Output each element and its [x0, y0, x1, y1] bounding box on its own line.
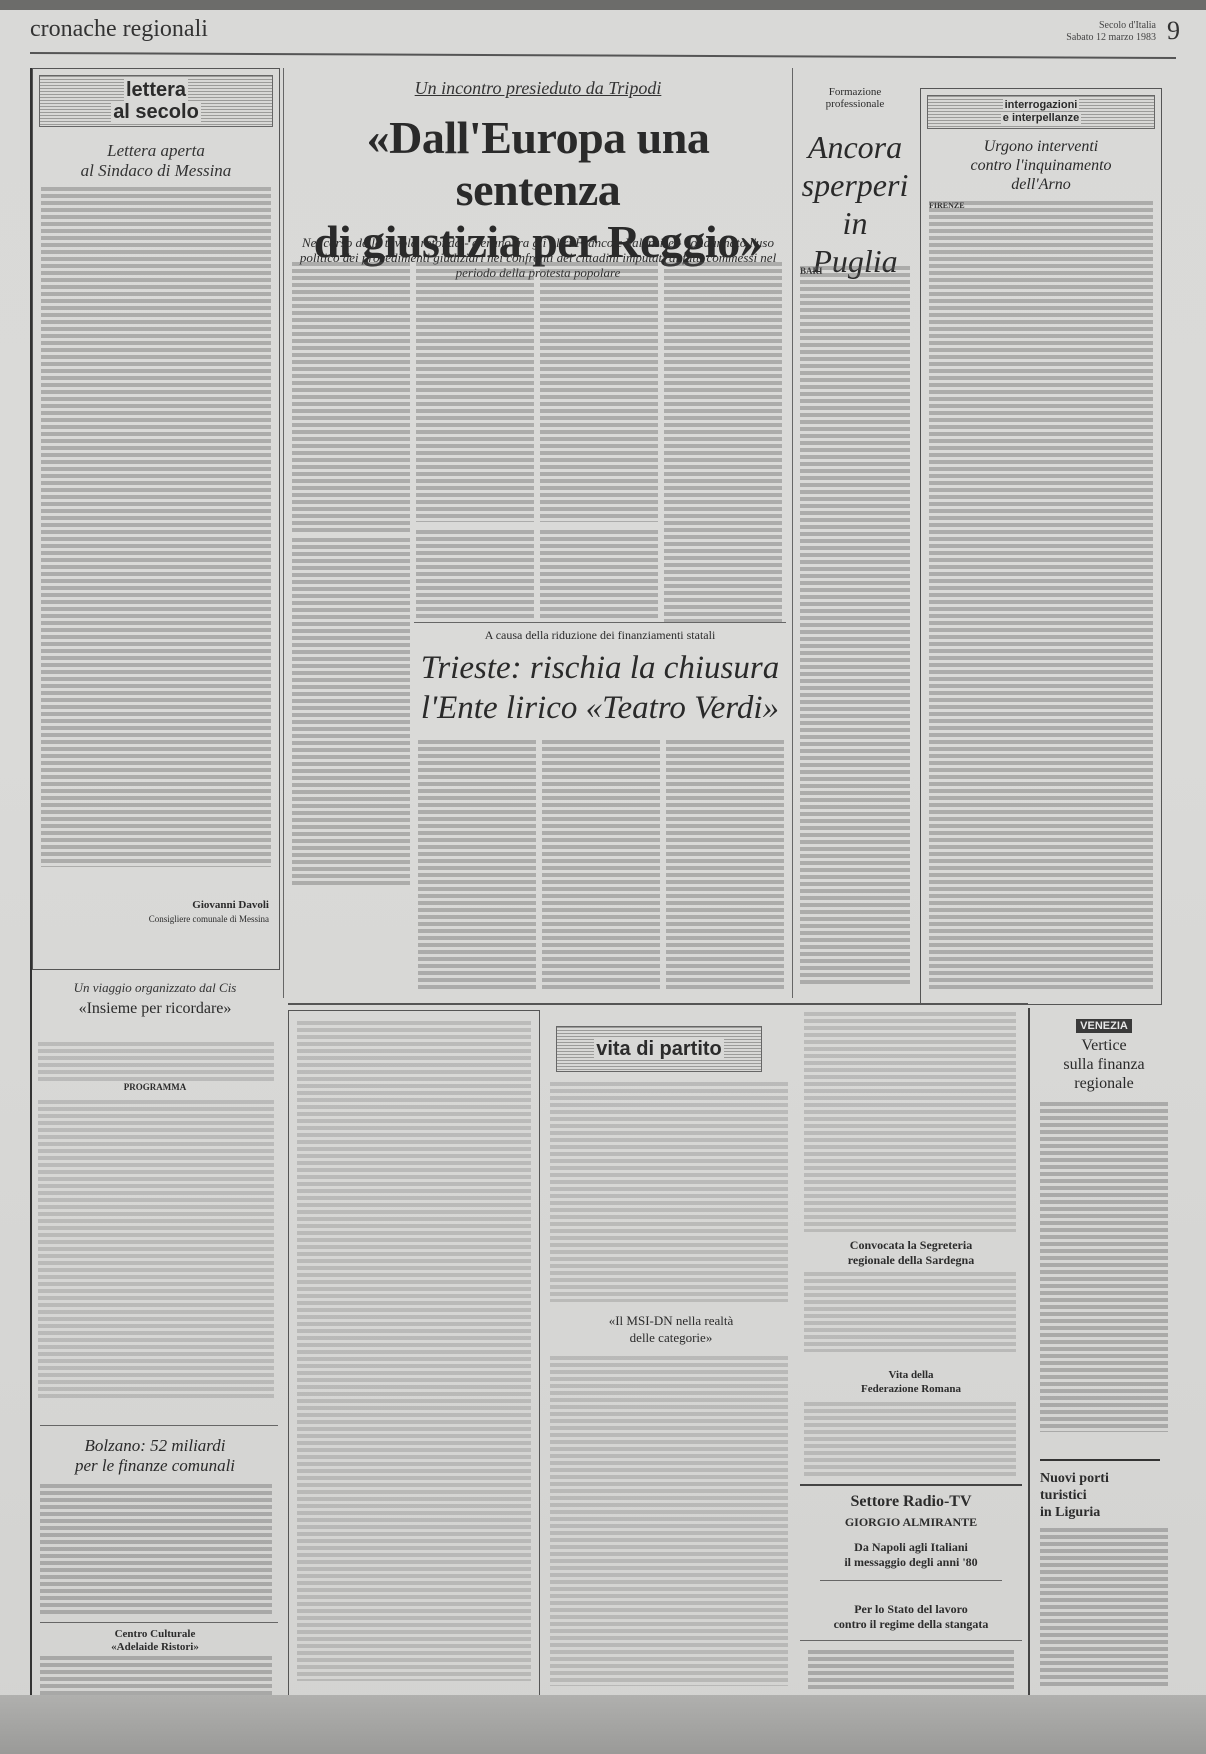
column-rule [283, 68, 284, 998]
issue-date: Sabato 12 marzo 1983 [1066, 32, 1156, 44]
banner-line: al secolo [111, 101, 201, 123]
letter-signature-role: Consigliere comunale di Messina [149, 914, 269, 924]
headline-line: Convocata la Segreteria [800, 1238, 1022, 1253]
letters-title: Lettera aperta al Sindaco di Messina [33, 141, 279, 181]
main-col-2 [416, 262, 534, 522]
program-label: PROGRAMMA [32, 1082, 278, 1092]
arno-body-text [929, 201, 1153, 991]
trieste-story-header: A causa della riduzione dei finanziament… [414, 624, 786, 744]
interrogations-banner: interrogazioni e interpellanze [927, 95, 1155, 129]
title-line: «Adelaide Ristori» [32, 1641, 278, 1654]
headline-line: Nuovi porti [1040, 1470, 1168, 1487]
roma-federation-text [804, 1402, 1016, 1478]
main-kicker: Un incontro presieduto da Tripodi [288, 78, 788, 99]
banner-line: interrogazioni [1003, 99, 1080, 111]
section-title: cronache regionali [30, 16, 208, 43]
bolzano-headline: Bolzano: 52 miliardi per le finanze comu… [32, 1436, 278, 1476]
puglia-story-header: Formazione professionale Ancora sperperi… [796, 68, 914, 268]
main-col-4 [664, 262, 782, 622]
title-line: al Sindaco di Messina [33, 161, 279, 181]
banner-text: vita di partito [594, 1038, 724, 1060]
left-border [30, 68, 32, 1696]
radio-tv-sub-2: Per lo Stato del lavoro contro il regime… [800, 1602, 1022, 1632]
right-lower-column: Convocata la Segreteria regionale della … [800, 1010, 1022, 1695]
radio-tv-headline: Settore Radio-TV [800, 1492, 1022, 1512]
divider [40, 1622, 278, 1623]
letters-banner: lettera al secolo [39, 75, 273, 127]
headline-line: sulla finanza [1034, 1055, 1174, 1074]
congress-text [297, 1021, 531, 1681]
page-number: 9 [1167, 16, 1180, 46]
puglia-kicker: Formazione professionale [796, 86, 914, 110]
trip-headline: «Insieme per ricordare» [32, 1000, 278, 1018]
meetings-text [804, 1012, 1016, 1232]
banner-line: lettera [124, 79, 188, 101]
party-life-text-2 [550, 1356, 788, 1686]
headline-line: Bolzano: 52 miliardi [32, 1436, 278, 1456]
headline-line: contro l'inquinamento [921, 156, 1161, 175]
main-col-3 [540, 262, 658, 522]
trieste-col-3 [666, 740, 784, 990]
headline-line: Trieste: rischia la chiusura [414, 648, 786, 688]
trieste-col-2 [542, 740, 660, 990]
title-line: Lettera aperta [33, 141, 279, 161]
subhead-line: «Il MSI-DN nella realtà [546, 1312, 796, 1329]
trieste-col-1 [418, 740, 536, 990]
arno-box: interrogazioni e interpellanze Urgono in… [920, 88, 1162, 1005]
headline-line: Urgono interventi [921, 137, 1161, 156]
main-col-1b [292, 538, 410, 888]
letter-signature: Giovanni Davoli [192, 899, 269, 911]
column-rule [792, 68, 793, 998]
party-life-subhead: «Il MSI-DN nella realtà delle categorie» [546, 1312, 796, 1346]
party-life-section: vita di partito «Il MSI-DN nella realtà … [546, 1010, 796, 1695]
sub-line: Per lo Stato del lavoro [800, 1602, 1022, 1617]
headline-line: sperperi [796, 166, 914, 204]
congress-notice [288, 1010, 540, 1697]
newspaper-page: cronache regionali Secolo d'Italia Sabat… [0, 0, 1206, 1754]
masthead-info: Secolo d'Italia Sabato 12 marzo 1983 [1066, 20, 1156, 44]
venezia-tag: VENEZIA [1076, 1019, 1132, 1033]
divider [40, 1425, 278, 1426]
sub-line: contro il regime della stangata [800, 1617, 1022, 1632]
arno-headline: Urgono interventi contro l'inquinamento … [921, 137, 1161, 194]
headline-line: Ancora [796, 128, 914, 166]
bolzano-body-text [40, 1484, 272, 1614]
radio-tv-schedule-text [808, 1650, 1014, 1690]
program-text [38, 1100, 274, 1400]
headline-line: regionale della Sardegna [800, 1253, 1022, 1268]
divider [1040, 1459, 1160, 1461]
cultural-center-text [40, 1656, 272, 1696]
headline-line: regionale [1034, 1074, 1174, 1093]
party-life-text-1 [550, 1082, 788, 1302]
headline-line: l'Ente lirico «Teatro Verdi» [414, 688, 786, 728]
kicker-line: Formazione [796, 86, 914, 98]
headline-line: per le finanze comunali [32, 1456, 278, 1476]
puglia-headline: Ancora sperperi in Puglia [796, 128, 914, 280]
trip-kicker: Un viaggio organizzato dal Cis [32, 980, 278, 996]
header-rule [30, 52, 1176, 59]
venezia-body-text [1040, 1102, 1168, 1432]
divider [288, 1003, 1028, 1005]
radio-tv-sub-1: Da Napoli agli Italiani il messaggio deg… [800, 1540, 1022, 1570]
headline-line: Federazione Romana [800, 1382, 1022, 1396]
sub-line: il messaggio degli anni '80 [800, 1555, 1022, 1570]
scan-edge [0, 0, 1206, 10]
letters-box: lettera al secolo Lettera aperta al Sind… [32, 68, 280, 970]
sardegna-text [804, 1272, 1016, 1352]
main-col-3b [540, 530, 658, 620]
headline-line: turistici [1040, 1487, 1168, 1504]
main-col-2b [416, 530, 534, 620]
radio-tv-byline: GIORGIO ALMIRANTE [800, 1514, 1022, 1530]
banner-line: e interpellanze [1001, 112, 1081, 124]
headline-line: Vertice [1034, 1036, 1174, 1055]
headline-line: dell'Arno [921, 175, 1161, 194]
party-life-banner: vita di partito [556, 1026, 762, 1072]
bolzano-story: Bolzano: 52 miliardi per le finanze comu… [32, 1430, 278, 1620]
trip-intro-text [38, 1042, 274, 1082]
divider [820, 1580, 1002, 1581]
trieste-kicker: A causa della riduzione dei finanziament… [414, 628, 786, 643]
column-rule [1028, 1008, 1030, 1696]
trieste-headline: Trieste: rischia la chiusura l'Ente liri… [414, 648, 786, 728]
letter-body-text [41, 187, 271, 867]
scan-bottom-edge [0, 1695, 1206, 1754]
headline-line: «Dall'Europa una sentenza [288, 112, 788, 216]
cultural-center-notice: Centro Culturale «Adelaide Ristori» [32, 1626, 278, 1696]
sardegna-headline: Convocata la Segreteria regionale della … [800, 1238, 1022, 1268]
liguria-headline: Nuovi porti turistici in Liguria [1040, 1470, 1168, 1521]
newspaper-name: Secolo d'Italia [1066, 20, 1156, 32]
headline-line: in Liguria [1040, 1504, 1168, 1521]
roma-federation-headline: Vita della Federazione Romana [800, 1368, 1022, 1396]
liguria-story: Nuovi porti turistici in Liguria [1034, 1466, 1174, 1696]
headline-line: Vita della [800, 1368, 1022, 1382]
sub-line: Da Napoli agli Italiani [800, 1540, 1022, 1555]
subhead-line: delle categorie» [546, 1329, 796, 1346]
liguria-body-text [1040, 1528, 1168, 1688]
kicker-line: professionale [796, 98, 914, 110]
divider [414, 622, 786, 623]
venezia-headline: Vertice sulla finanza regionale [1034, 1036, 1174, 1093]
puglia-body-text [800, 266, 910, 986]
venezia-story: VENEZIA Vertice sulla finanza regionale [1034, 1010, 1174, 1440]
main-col-1 [292, 262, 410, 532]
title-line: Centro Culturale [32, 1628, 278, 1641]
divider [800, 1640, 1022, 1641]
divider [800, 1484, 1022, 1486]
trip-story: Un viaggio organizzato dal Cis «Insieme … [32, 972, 278, 1402]
